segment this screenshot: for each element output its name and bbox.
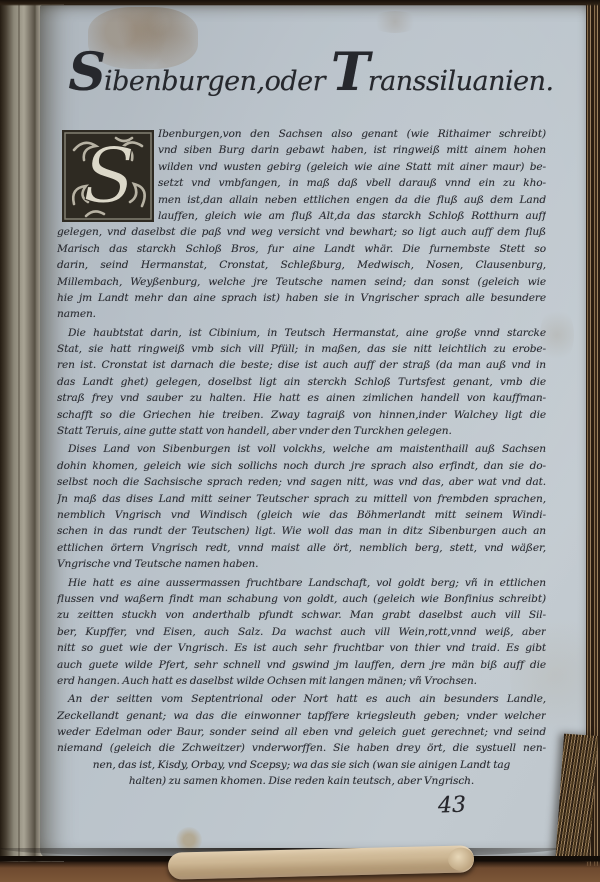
- text-line: darin, seind Hermanstat, Cronstat, Schle…: [57, 257, 546, 273]
- gutter-crease: [18, 0, 20, 862]
- text-line: Stat, sie hatt ringweiß vmb sich vill Pf…: [57, 341, 546, 357]
- text-line: schen in das rundt der Teutschen) ligt. …: [57, 523, 546, 539]
- text-line: halten) zu samen khomen. Dise reden kain…: [57, 773, 546, 789]
- text-line: gelegen, vnd daselbst die paß vnd weg ve…: [57, 224, 546, 240]
- gutter-crease: [34, 0, 36, 862]
- paper-stain: [370, 11, 420, 33]
- text-line: schafft so die Griechen hie treiben. Zwa…: [57, 407, 546, 423]
- text-line: nitt so guet wie der Vngrisch. Es ist au…: [57, 640, 546, 656]
- text-line: An der seitten vom Septentrional oder No…: [57, 691, 546, 707]
- paragraph: Die haubtstat darin, ist Cibinium, in Te…: [57, 325, 546, 440]
- title-initial-t: T: [331, 47, 368, 99]
- text-line: Jn maß das dises Land mitt seiner Teutsc…: [57, 491, 546, 507]
- title-initial-s: S: [68, 47, 104, 99]
- text-line: namen.: [57, 306, 546, 322]
- text-line: selbst noch die Sachsische sprach reden;…: [57, 474, 546, 490]
- book-photo-scene: Sibenburgen,oderTranssiluanien. S Ibenbu…: [0, 0, 600, 882]
- text-line: Statt Teruis, aine gutte statt von hande…: [57, 423, 546, 439]
- text-line: Zeckellandt genant; wa das die einwonner…: [57, 708, 546, 724]
- text-line: zu zeitten stuckh von anderthalb pfundt …: [57, 607, 546, 623]
- paragraph: Hie hatt es aine aussermassen fruchtbare…: [57, 575, 546, 690]
- text-line: Millembach, Weyßenburg, welche jre Teuts…: [57, 274, 546, 290]
- text-line: niemand (geleich die Zchweitzer) vnderwo…: [57, 740, 546, 756]
- text-line: vnd siben Burg darin gebawt haben, ist r…: [158, 142, 546, 158]
- text-line: nemblich Vngrisch vnd Windisch (gleich w…: [57, 507, 546, 523]
- text-line: men ist,dan allain neben ettlichen engen…: [158, 192, 546, 208]
- text-line: ren ist. Cronstat ist darnach die beste;…: [57, 357, 546, 373]
- text-line: Vngrische vnd Teutsche namen haben.: [57, 556, 546, 572]
- text-line: nen, das ist, Kisdy, Orbay, vnd Scepsy; …: [57, 757, 546, 773]
- text-line: weder Edelman oder Baur, sonder seind al…: [57, 724, 546, 740]
- page-number: 43: [438, 793, 467, 819]
- text-line: Hie hatt es aine aussermassen fruchtbare…: [57, 575, 546, 591]
- text-line: hie jm Landt mehr dan aine sprach ist) h…: [57, 290, 546, 306]
- page-title: Sibenburgen,oderTranssiluanien.: [40, 47, 588, 99]
- title-text: ranssiluanien.: [368, 66, 560, 97]
- text-line: erd hangen. Auch hatt es daselbst wilde …: [57, 673, 546, 689]
- text-line: auch guete wilde Pfert, sehr schnell vnd…: [57, 657, 546, 673]
- text-line: Ibenburgen,von den Sachsen also genant (…: [158, 126, 546, 142]
- text-line: dohin khomen, geleich wie sich sollichs …: [57, 458, 546, 474]
- paragraph: Ibenburgen,von den Sachsen also genant (…: [57, 126, 546, 323]
- text-line: setzt vnd vmbfangen, in maß daß vbell da…: [158, 175, 546, 191]
- text-line: Die haubtstat darin, ist Cibinium, in Te…: [57, 325, 546, 341]
- text-line: Marisch das starckh Schloß Bros, fur ain…: [57, 241, 546, 257]
- text-line: wilden vnd wusten gebirg (geleich wie ai…: [158, 159, 546, 175]
- title-text: ibenburgen,oder: [104, 66, 331, 97]
- text-line: Dises Land von Sibenburgen ist voll volc…: [57, 441, 546, 457]
- paragraph: An der seitten vom Septentrional oder No…: [57, 691, 546, 789]
- text-block: Ibenburgen,von den Sachsen also genant (…: [57, 126, 546, 790]
- text-line: ber, Kupffer, vnd Eisen, auch Salz. Da w…: [57, 624, 546, 640]
- text-line: ettlichen örtern Vngrisch redt, vnnd mai…: [57, 540, 546, 556]
- text-line: straß frey vnd sauber zu halten. Hie hat…: [57, 390, 546, 406]
- paragraph: Dises Land von Sibenburgen ist voll volc…: [57, 441, 546, 572]
- text-line: das Landt ghet) gelegen, doselbst ligt a…: [57, 374, 546, 390]
- top-shadow-edge: [0, 0, 600, 6]
- book-page: Sibenburgen,oderTranssiluanien. S Ibenbu…: [40, 5, 588, 858]
- text-line: flussen vnd waßern findt man schabung vo…: [57, 591, 546, 607]
- text-line: lauffen, gleich wie am fluß Alt,da das s…: [158, 208, 546, 224]
